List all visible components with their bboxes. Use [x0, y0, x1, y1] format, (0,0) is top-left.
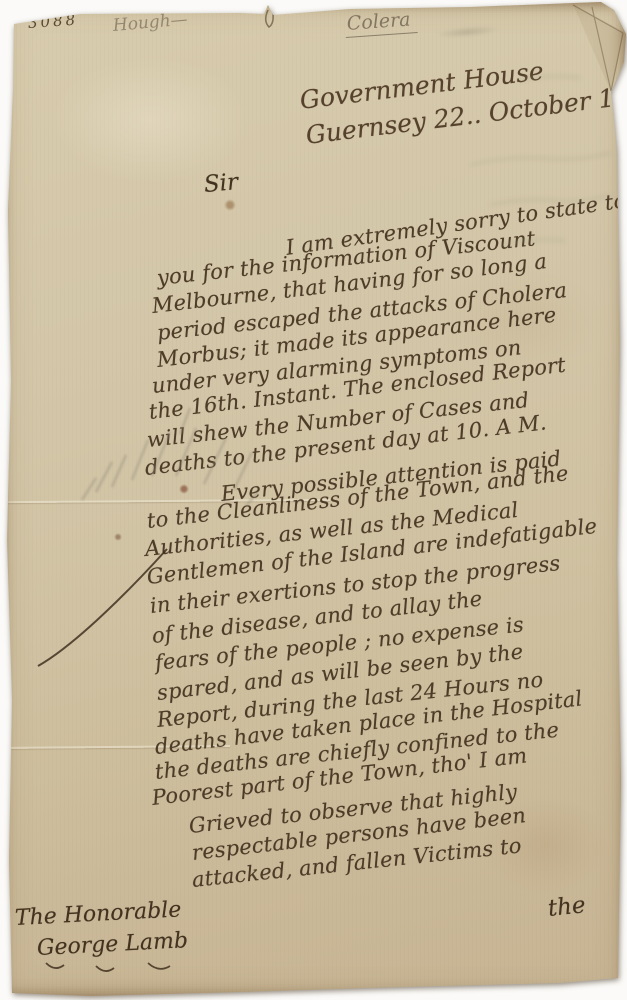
catchword: the [547, 892, 587, 922]
paper-surface: 3088 Hough— Colera Government House Guer… [0, 0, 627, 1000]
faint-pencil-scribble [424, 20, 510, 43]
small-ink-mark [266, 10, 273, 27]
addressee-line: The Honorable [14, 897, 182, 931]
docket-title: Colera [344, 8, 417, 38]
salutation: Sir [203, 169, 239, 198]
addressee-line: George Lamb [36, 928, 188, 961]
paper-sheet: 3088 Hough— Colera Government House Guer… [0, 0, 627, 1000]
archive-number: 3088 [27, 11, 78, 32]
scanned-letter-page: 3088 Hough— Colera Government House Guer… [0, 0, 627, 1000]
pencil-name-annotation: Hough— [112, 10, 188, 36]
flourish-marks [46, 963, 170, 971]
